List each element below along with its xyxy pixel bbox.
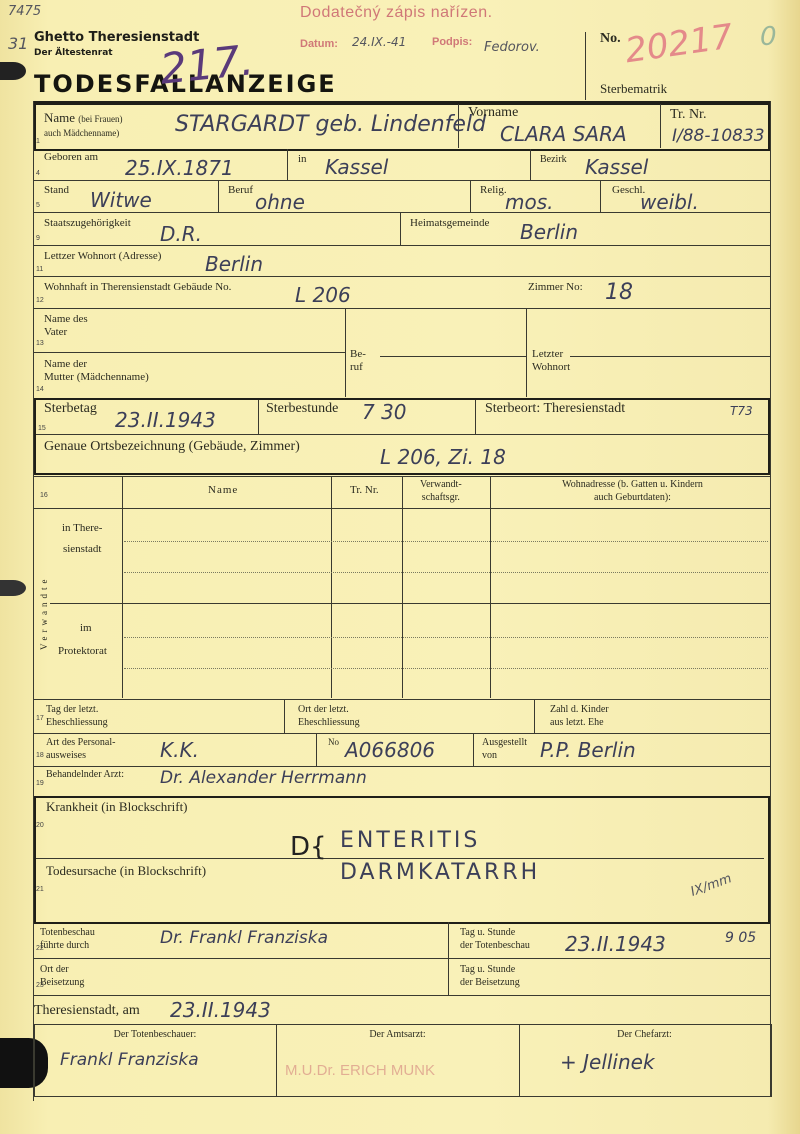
divider	[660, 104, 661, 148]
in-value: Kassel	[325, 155, 388, 179]
name-label-text: Name	[44, 110, 75, 125]
divider	[316, 734, 317, 766]
stamp-podpis-label: Podpis:	[432, 36, 472, 48]
divider	[122, 476, 123, 698]
row-line	[34, 733, 770, 734]
ortsbez-label: Genaue Ortsbezeichnung (Gebäude, Zimmer)	[44, 440, 300, 453]
zimmer-label: Zimmer No:	[528, 281, 583, 294]
place-date-label: Theresienstadt, am	[34, 1004, 140, 1017]
row-number-16: 16	[40, 492, 48, 499]
divider	[526, 309, 527, 397]
divider	[473, 734, 474, 766]
beruf-value: ohne	[255, 190, 305, 214]
row-number: 21	[36, 886, 44, 893]
trnr-label: Tr. Nr.	[670, 108, 706, 121]
physician-label: Behandelnder Arzt:	[46, 768, 124, 781]
divider	[530, 149, 531, 180]
eltern-beruf-label: Be-ruf	[350, 348, 366, 374]
name-label: Name (bei Frauen)	[44, 111, 123, 126]
vater-label: Name desVater	[44, 313, 88, 339]
row-number: 14	[36, 386, 44, 393]
row-line	[380, 356, 526, 357]
row-line	[34, 699, 770, 700]
wohnort-label-2: Wohnort	[532, 361, 570, 374]
burial-place-label-1: Ort der	[40, 963, 84, 976]
relig-label: Relig.	[480, 184, 507, 197]
inspection-hour-value: 9 05	[725, 930, 756, 946]
mutter-label-1: Name der	[44, 358, 149, 371]
issued-label-2: von	[482, 749, 527, 762]
children-count-label: Zahl d. Kinderaus letzt. Ehe	[550, 703, 609, 729]
row-number: 19	[36, 780, 44, 787]
id-type-label-2: ausweises	[46, 749, 115, 762]
sig1-label: Der Totenbeschauer:	[34, 1028, 276, 1041]
bezirk-label: Bezirk	[540, 153, 567, 166]
side-label-verwandte: Verwandte	[38, 576, 51, 650]
col-trnr: Tr. Nr.	[350, 484, 379, 497]
geboren-label: Geboren am	[44, 151, 98, 164]
row-number: 20	[36, 822, 44, 829]
divider	[600, 181, 601, 212]
marriage-place-label-2: Eheschliessung	[298, 716, 360, 729]
vater-label-2: Vater	[44, 326, 88, 339]
divider	[258, 400, 259, 434]
krankheit-label: Krankheit (in Blockschrift)	[46, 800, 188, 813]
divider	[490, 476, 491, 698]
row-line	[34, 766, 770, 767]
col-verw-1: Verwandt-	[420, 478, 462, 491]
row-line	[50, 603, 770, 604]
issued-by-label: Ausgestelltvon	[482, 736, 527, 762]
name-value: STARGARDT geb. Lindenfeld	[175, 112, 486, 137]
bezirk-value: Kassel	[585, 155, 648, 179]
dotted-line	[124, 541, 768, 542]
totenbeschau-value: Dr. Frankl Franziska	[160, 928, 328, 948]
burial-time-label-2: der Beisetzung	[460, 976, 520, 989]
id-no-label: No	[328, 736, 339, 749]
row-line	[34, 308, 770, 309]
trnr-value: I/88-10833	[672, 126, 765, 146]
margin-note-top: 7475	[8, 4, 41, 19]
divider	[287, 149, 288, 180]
divider	[470, 181, 471, 212]
stamp-datum-label: Datum:	[300, 38, 338, 50]
inspection-time-label: Tag u. Stundeder Totenbeschau	[460, 926, 530, 952]
marriage-place-label: Ort der letzt.Eheschliessung	[298, 703, 360, 729]
staat-label: Staatszugehörigkeit	[44, 217, 131, 230]
sig2-label: Der Amtsarzt:	[276, 1028, 519, 1041]
staat-value: D.R.	[160, 222, 202, 246]
punch-hole-top	[0, 62, 26, 80]
row-number: 12	[36, 297, 44, 304]
id-no-value: A066806	[345, 738, 435, 762]
bracket-mark: D{	[290, 832, 327, 862]
row-number: 17	[36, 715, 44, 722]
register-number-extra: 0	[760, 22, 777, 52]
row-line	[34, 995, 770, 996]
stamp-podpis-value: Fedorov.	[484, 40, 540, 55]
vater-label-1: Name des	[44, 313, 88, 326]
row-line	[34, 245, 770, 246]
divider	[475, 400, 476, 434]
margin-note-left: 31	[8, 34, 28, 53]
group-theresienstadt: in There-sienstadt	[62, 522, 102, 556]
krankheit-value: ENTERITIS	[340, 828, 480, 853]
row-line	[36, 858, 764, 859]
burial-place-label: Ort derBeisetzung	[40, 963, 84, 989]
geschl-value: weibl.	[640, 190, 699, 214]
col-verwandtschaft: Verwandt-schaftsgr.	[420, 478, 462, 504]
mutter-label-2: Mutter (Mädchenname)	[44, 371, 149, 384]
wohnort-value: Berlin	[205, 252, 263, 276]
place-date-value: 23.II.1943	[170, 998, 271, 1022]
dotted-line	[124, 668, 768, 669]
group1-line2: sienstadt	[62, 543, 102, 556]
sig1-value: Frankl Franziska	[60, 1050, 199, 1070]
geboren-value: 25.IX.1871	[125, 156, 234, 180]
divider	[218, 181, 219, 212]
stand-value: Witwe	[90, 188, 152, 212]
group-protektorat-1: im	[80, 622, 92, 635]
row-number: 5	[36, 202, 40, 209]
wohnort-label-1: Letzter	[532, 348, 570, 361]
row-line	[34, 352, 345, 353]
wohnort-label: Lettzer Wohnort (Adresse)	[44, 250, 161, 263]
beruf-label-2: ruf	[350, 361, 366, 374]
name-label-sub: (bei Frauen)	[78, 114, 122, 124]
document-paper	[0, 0, 800, 1134]
no-label: No.	[600, 32, 621, 45]
col-verw-2: schaftsgr.	[420, 491, 462, 504]
sterbematrik-label: Sterbematrik	[600, 82, 667, 95]
vorname-label: Vorname	[468, 106, 518, 119]
header-divider	[585, 32, 586, 100]
row-number: 11	[36, 266, 43, 273]
row-number: 18	[36, 752, 44, 759]
inspection-time-label-2: der Totenbeschau	[460, 939, 530, 952]
handwritten-number: 217.	[158, 35, 256, 94]
sig3-value: + Jellinek	[560, 1050, 655, 1074]
marriage-date-label: Tag der letzt.Eheschliessung	[46, 703, 108, 729]
row-number: 22	[36, 945, 44, 952]
row-line	[570, 356, 770, 357]
sterbeort-label: Sterbeort: Theresienstadt	[485, 402, 625, 415]
marriage-date-label-1: Tag der letzt.	[46, 703, 108, 716]
divider	[331, 476, 332, 698]
physician-value: Dr. Alexander Herrmann	[160, 768, 367, 788]
row-number: 15	[38, 425, 46, 432]
relig-value: mos.	[505, 190, 554, 214]
stamp-supplementary-entry: Dodatečný zápis nařízen.	[300, 4, 493, 22]
totenbeschau-label: Totenbeschauführte durch	[40, 926, 95, 952]
group-protektorat-2: Protektorat	[58, 645, 107, 658]
stand-label: Stand	[44, 184, 69, 197]
row-number: 4	[36, 170, 40, 177]
marriage-place-label-1: Ort der letzt.	[298, 703, 360, 716]
sterbestunde-value: 7 30	[362, 400, 407, 424]
issued-label-1: Ausgestellt	[482, 736, 527, 749]
todesursache-label: Todesursache (in Blockschrift)	[46, 864, 206, 877]
row-line	[34, 276, 770, 277]
totenbeschau-label-1: Totenbeschau	[40, 926, 95, 939]
row-line	[34, 180, 770, 181]
row-number: 23	[36, 982, 44, 989]
children-label-2: aus letzt. Ehe	[550, 716, 609, 729]
ortsbez-value: L 206, Zi. 18	[380, 445, 506, 469]
issued-by-value: P.P. Berlin	[540, 738, 636, 762]
row-number: 1	[36, 138, 40, 145]
col-name: Name	[208, 484, 238, 497]
row-line	[36, 434, 768, 435]
mutter-label: Name derMutter (Mädchenname)	[44, 358, 149, 384]
divider	[534, 700, 535, 733]
frame-right	[770, 101, 771, 1096]
sig2-stamp: M.U.Dr. ERICH MUNK	[285, 1062, 435, 1079]
in-label: in	[298, 153, 307, 166]
marriage-date-label-2: Eheschliessung	[46, 716, 108, 729]
id-type-value: K.K.	[160, 738, 199, 762]
totenbeschau-label-2: führte durch	[40, 939, 95, 952]
sterbestunde-label: Sterbestunde	[266, 402, 338, 415]
group1-line1: in There-	[62, 522, 102, 535]
divider	[402, 476, 403, 698]
id-type-label: Art des Personal-ausweises	[46, 736, 115, 762]
id-type-label-1: Art des Personal-	[46, 736, 115, 749]
row-number: 9	[36, 235, 40, 242]
sterbetag-label: Sterbetag	[44, 402, 97, 415]
dotted-line	[124, 637, 768, 638]
divider	[345, 309, 346, 397]
beruf-label-1: Be-	[350, 348, 366, 361]
sterbetag-value: 23.II.1943	[115, 408, 216, 432]
vorname-value: CLARA SARA	[500, 122, 627, 146]
frame-left	[33, 101, 34, 1101]
col-wohnadresse: Wohnadresse (b. Gatten u. Kindernauch Ge…	[505, 478, 760, 504]
sig3-label: Der Chefarzt:	[519, 1028, 770, 1041]
row-number: 13	[36, 340, 44, 347]
wohnhaft-label: Wohnhaft in Therensienstadt Gebäude No.	[44, 281, 231, 294]
divider	[448, 922, 449, 995]
name-label-sub2: auch Mädchenname)	[44, 127, 119, 140]
children-label-1: Zahl d. Kinder	[550, 703, 609, 716]
beruf-label: Beruf	[228, 184, 253, 197]
inspection-time-label-1: Tag u. Stunde	[460, 926, 530, 939]
divider	[284, 700, 285, 733]
eltern-wohnort-label: LetzterWohnort	[532, 348, 570, 374]
zimmer-value: 18	[605, 280, 633, 305]
burial-place-label-2: Beisetzung	[40, 976, 84, 989]
heimat-label: Heimatsgemeinde	[410, 217, 489, 230]
burial-time-label-1: Tag u. Stunde	[460, 963, 520, 976]
heimat-value: Berlin	[520, 220, 578, 244]
wohnhaft-value: L 206	[295, 283, 351, 307]
burial-time-label: Tag u. Stundeder Beisetzung	[460, 963, 520, 989]
col-wohn-1: Wohnadresse (b. Gatten u. Kindern	[505, 478, 760, 491]
divider	[400, 213, 401, 245]
dotted-line	[124, 572, 768, 573]
col-wohn-2: auch Geburtdaten):	[505, 491, 760, 504]
org-council: Der Ältestenrat	[34, 48, 113, 58]
row-line	[34, 958, 770, 959]
punch-hole-middle	[0, 580, 26, 596]
inspection-date-value: 23.II.1943	[565, 932, 666, 956]
stamp-datum-value: 24.IX.-41	[352, 35, 406, 49]
sterbeort-note: T73	[730, 404, 753, 418]
todesursache-value: DARMKATARRH	[340, 860, 540, 885]
